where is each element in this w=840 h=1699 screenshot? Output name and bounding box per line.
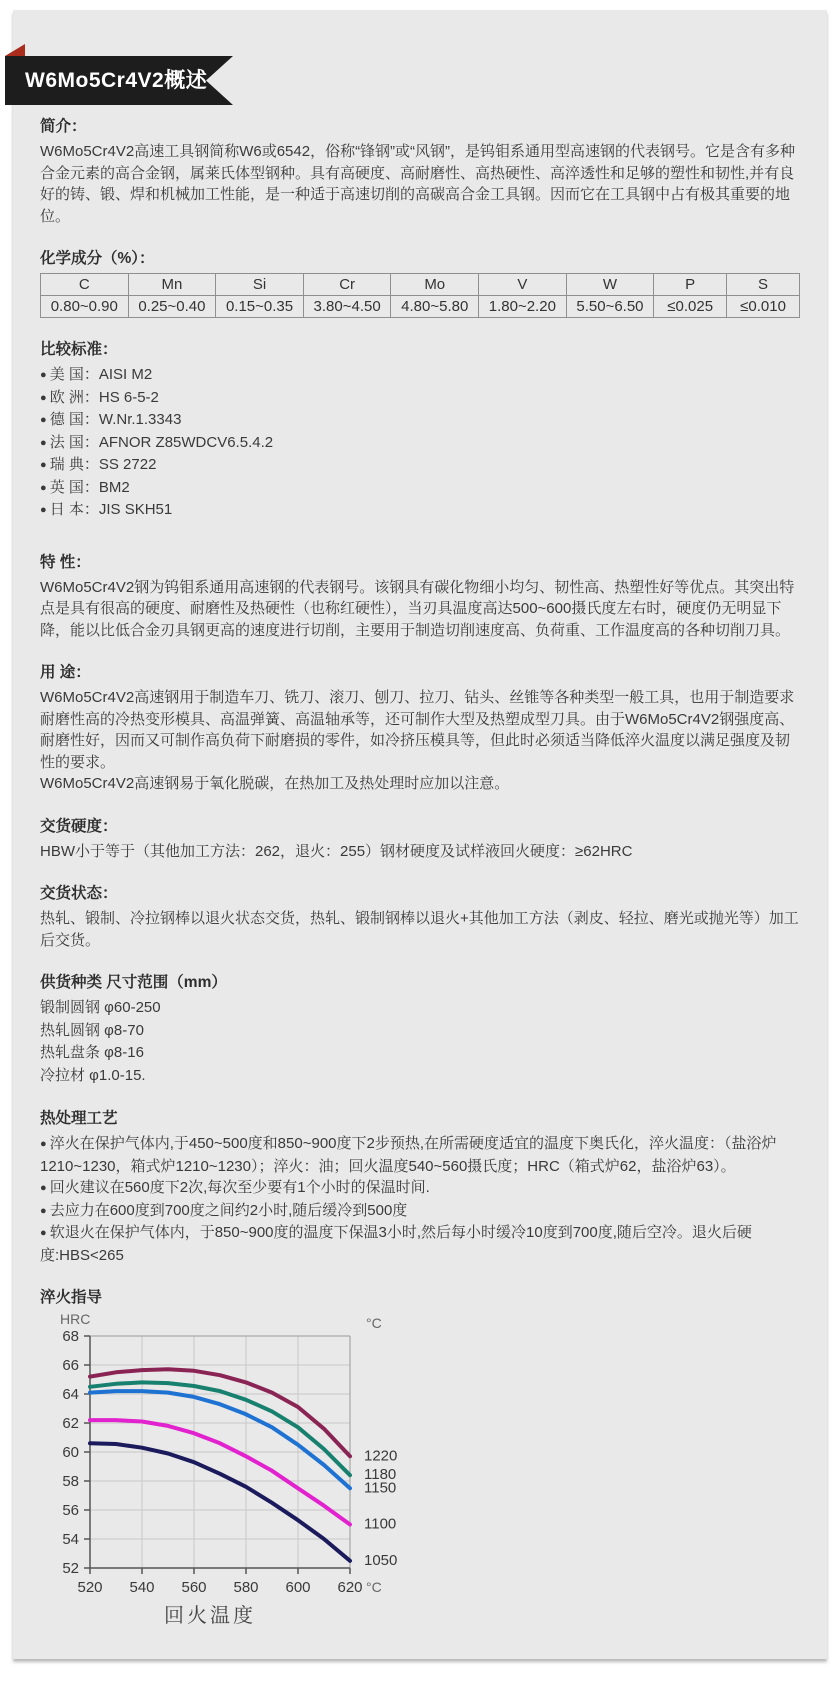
characteristics-heading: 特 性： xyxy=(40,550,800,572)
col-header: Si xyxy=(216,274,304,296)
svg-text:1050: 1050 xyxy=(364,1552,397,1569)
svg-text:580: 580 xyxy=(233,1579,258,1596)
svg-text:64: 64 xyxy=(62,1386,79,1403)
svg-text:56: 56 xyxy=(62,1502,79,1519)
list-item: 回火建议在560度下2次,每次至少要有1个小时的保温时间. xyxy=(40,1177,800,1200)
svg-text:1100: 1100 xyxy=(364,1516,396,1533)
svg-text:HRC: HRC xyxy=(60,1312,90,1327)
cell-value: ≤0.025 xyxy=(654,296,727,318)
section-delivery-hardness: 交货硬度： HBW小于等于（其他加工方法：262，退火：255）钢材硬度及试样液… xyxy=(40,814,800,863)
svg-text:1220: 1220 xyxy=(364,1447,397,1464)
svg-text:62: 62 xyxy=(62,1415,79,1432)
list-item: 淬火在保护气体内,于450~500度和850~900度下2步预热,在所需硬度适宜… xyxy=(40,1133,800,1177)
svg-text:620: 620 xyxy=(337,1579,362,1596)
list-item: 热轧盘条 φ8-16 xyxy=(40,1042,800,1065)
standards-list: 美 国：AISI M2 欧 洲：HS 6-5-2 德 国：W.Nr.1.3343… xyxy=(40,364,800,522)
cell-value: 0.80~0.90 xyxy=(41,296,129,318)
supply-heading: 供货种类 尺寸范围（mm） xyxy=(40,970,800,992)
table-header-row: C Mn Si Cr Mo V W P S xyxy=(41,274,800,296)
svg-text:600: 600 xyxy=(285,1579,310,1596)
delivery-hardness-body: HBW小于等于（其他加工方法：262，退火：255）钢材硬度及试样液回火硬度：≥… xyxy=(40,841,800,863)
svg-text:68: 68 xyxy=(62,1328,79,1345)
list-item: 美 国：AISI M2 xyxy=(40,364,800,387)
steel-datasheet-panel: W6Mo5Cr4V2概述 简介： W6Mo5Cr4V2高速工具钢简称W6或654… xyxy=(13,10,827,1659)
quench-chart-container: 525456586062646668520540560580600620°CHR… xyxy=(40,1312,800,1633)
svg-text:540: 540 xyxy=(129,1579,154,1596)
delivery-hardness-heading: 交货硬度： xyxy=(40,814,800,836)
list-item: 去应力在600度到700度之间约2小时,随后缓冷到500度 xyxy=(40,1200,800,1223)
cell-value: 0.25~0.40 xyxy=(128,296,216,318)
standards-heading: 比较标准： xyxy=(40,337,800,359)
intro-heading: 简介： xyxy=(40,114,800,136)
cell-value: 4.80~5.80 xyxy=(391,296,479,318)
cell-value: 5.50~6.50 xyxy=(566,296,654,318)
section-intro: 简介： W6Mo5Cr4V2高速工具钢简称W6或6542，俗称“锋钢”或“风钢”… xyxy=(40,114,800,227)
col-header: Mn xyxy=(128,274,216,296)
list-item: 德 国：W.Nr.1.3343 xyxy=(40,409,800,432)
section-usage: 用 途： W6Mo5Cr4V2高速钢用于制造车刀、铣刀、滚刀、刨刀、拉刀、钻头、… xyxy=(40,660,800,795)
svg-text:°C: °C xyxy=(366,1315,382,1331)
usage-heading: 用 途： xyxy=(40,660,800,682)
list-item: 锻制圆钢 φ60-250 xyxy=(40,997,800,1020)
col-header: W xyxy=(566,274,654,296)
delivery-state-heading: 交货状态： xyxy=(40,881,800,903)
svg-text:54: 54 xyxy=(62,1531,79,1548)
ribbon-fold-triangle xyxy=(5,44,25,56)
intro-body: W6Mo5Cr4V2高速工具钢简称W6或6542，俗称“锋钢”或“风钢”，是钨钼… xyxy=(40,141,800,227)
svg-text:58: 58 xyxy=(62,1473,79,1490)
cell-value: ≤0.010 xyxy=(727,296,800,318)
col-header: P xyxy=(654,274,727,296)
delivery-state-body: 热轧、锻制、冷拉钢棒以退火状态交货，热轧、锻制钢棒以退火+其他加工方法（剥皮、轻… xyxy=(40,908,800,951)
characteristics-body: W6Mo5Cr4V2钢为钨钼系通用高速钢的代表钢号。该钢具有碳化物细小均匀、韧性… xyxy=(40,577,800,642)
list-item: 欧 洲：HS 6-5-2 xyxy=(40,387,800,410)
svg-text:560: 560 xyxy=(181,1579,206,1596)
col-header: C xyxy=(41,274,129,296)
heat-treatment-heading: 热处理工艺 xyxy=(40,1106,800,1128)
cell-value: 0.15~0.35 xyxy=(216,296,304,318)
page-title: W6Mo5Cr4V2概述 xyxy=(5,69,207,92)
section-standards: 比较标准： 美 国：AISI M2 欧 洲：HS 6-5-2 德 国：W.Nr.… xyxy=(40,337,800,522)
quench-guide-heading: 淬火指导 xyxy=(40,1285,800,1307)
quench-hardness-chart: 525456586062646668520540560580600620°CHR… xyxy=(40,1312,470,1628)
heat-treatment-list: 淬火在保护气体内,于450~500度和850~900度下2步预热,在所需硬度适宜… xyxy=(40,1133,800,1266)
table-value-row: 0.80~0.90 0.25~0.40 0.15~0.35 3.80~4.50 … xyxy=(41,296,800,318)
title-banner: W6Mo5Cr4V2概述 xyxy=(5,56,233,105)
svg-text:1150: 1150 xyxy=(364,1479,396,1496)
cell-value: 1.80~2.20 xyxy=(479,296,567,318)
list-item: 日 本：JIS SKH51 xyxy=(40,499,800,522)
col-header: S xyxy=(727,274,800,296)
section-characteristics: 特 性： W6Mo5Cr4V2钢为钨钼系通用高速钢的代表钢号。该钢具有碳化物细小… xyxy=(40,550,800,642)
list-item: 冷拉材 φ1.0-15. xyxy=(40,1065,800,1088)
chemical-heading: 化学成分（%）： xyxy=(40,246,800,268)
list-item: 法 国：AFNOR Z85WDCV6.5.4.2 xyxy=(40,432,800,455)
section-chemical: 化学成分（%）： C Mn Si Cr Mo V W P S 0.80~0.90… xyxy=(40,246,800,318)
svg-text:520: 520 xyxy=(77,1579,102,1596)
chemical-composition-table: C Mn Si Cr Mo V W P S 0.80~0.90 0.25~0.4… xyxy=(40,273,800,318)
list-item: 热轧圆钢 φ8-70 xyxy=(40,1020,800,1043)
col-header: Cr xyxy=(303,274,391,296)
usage-body: W6Mo5Cr4V2高速钢用于制造车刀、铣刀、滚刀、刨刀、拉刀、钻头、丝锥等各种… xyxy=(40,687,800,773)
section-delivery-state: 交货状态： 热轧、锻制、冷拉钢棒以退火状态交货，热轧、锻制钢棒以退火+其他加工方… xyxy=(40,881,800,951)
svg-text:60: 60 xyxy=(62,1444,79,1461)
usage-body-note: W6Mo5Cr4V2高速钢易于氧化脱碳，在热加工及热处理时应加以注意。 xyxy=(40,773,800,795)
supply-list: 锻制圆钢 φ60-250 热轧圆钢 φ8-70 热轧盘条 φ8-16 冷拉材 φ… xyxy=(40,997,800,1087)
col-header: Mo xyxy=(391,274,479,296)
cell-value: 3.80~4.50 xyxy=(303,296,391,318)
list-item: 软退火在保护气体内，于850~900度的温度下保温3小时,然后每小时缓冷10度到… xyxy=(40,1222,800,1266)
svg-text:°C: °C xyxy=(366,1579,382,1595)
section-quench-guide: 淬火指导 52545658606264666852054056058060062… xyxy=(40,1285,800,1633)
list-item: 英 国：BM2 xyxy=(40,477,800,500)
svg-text:66: 66 xyxy=(62,1357,79,1374)
svg-text:回火温度: 回火温度 xyxy=(164,1604,256,1627)
list-item: 瑞 典：SS 2722 xyxy=(40,454,800,477)
col-header: V xyxy=(479,274,567,296)
svg-text:52: 52 xyxy=(62,1560,79,1577)
section-heat-treatment: 热处理工艺 淬火在保护气体内,于450~500度和850~900度下2步预热,在… xyxy=(40,1106,800,1266)
section-supply: 供货种类 尺寸范围（mm） 锻制圆钢 φ60-250 热轧圆钢 φ8-70 热轧… xyxy=(40,970,800,1087)
